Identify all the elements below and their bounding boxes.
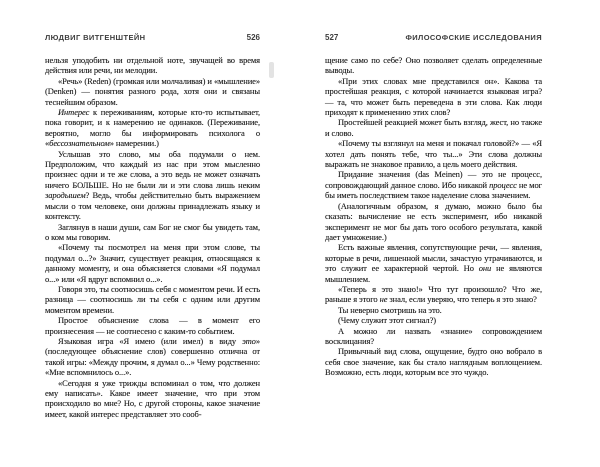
paragraph: щение само по себе? Оно позволяет сделат…	[325, 55, 542, 76]
left-page: ЛЮДВИГ ВИТГЕНШТЕЙН 526 нельзя уподобить …	[45, 33, 260, 419]
left-header-title: ЛЮДВИГ ВИТГЕНШТЕЙН	[45, 33, 145, 42]
paragraph: Придание значения (das Meinen) — это не …	[325, 169, 542, 200]
paragraph: Заглянув в наши души, сам Бог не смог бы…	[45, 222, 260, 243]
paragraph: «Почему ты посмотрел на меня при этом сл…	[45, 242, 260, 284]
paragraph: «Сегодня я уже трижды вспоминал о том, ч…	[45, 378, 260, 420]
paragraph: «Речь» (Reden) (громкая или молчаливая) …	[45, 76, 260, 107]
paragraph: Есть важные явления, сопутствующие речи,…	[325, 242, 542, 284]
right-body-text: щение само по себе? Оно позволяет сделат…	[325, 55, 542, 378]
paragraph: (Чему служит этот сигнал?)	[325, 315, 542, 325]
left-page-number: 526	[247, 33, 260, 42]
paragraph: (Аналогичным образом, я думаю, можно был…	[325, 201, 542, 243]
paragraph: Языковая игра «Я имею (или имел) в виду …	[45, 336, 260, 378]
right-page: 527 ФИЛОСОФСКИЕ ИССЛЕДОВАНИЯ щение само …	[325, 33, 542, 378]
book-spread: ЛЮДВИГ ВИТГЕНШТЕЙН 526 нельзя уподобить …	[0, 0, 600, 467]
paragraph: Говоря это, ты соотносишь себя с моменто…	[45, 284, 260, 315]
right-header-title: ФИЛОСОФСКИЕ ИССЛЕДОВАНИЯ	[405, 33, 542, 42]
paragraph: «При этих словах мне представился он». К…	[325, 76, 542, 118]
paragraph: А можно ли назвать «знание» сопровождени…	[325, 326, 542, 347]
paragraph: «Почему ты взглянул на меня и покачал го…	[325, 138, 542, 169]
scan-artifact	[269, 62, 274, 78]
paragraph: нельзя уподобить ни отдельной ноте, звуч…	[45, 55, 260, 76]
paragraph: Привычный вид слова, ощущение, будто оно…	[325, 346, 542, 377]
paragraph: Услышав это слово, мы оба подумали о нем…	[45, 149, 260, 222]
paragraph: Простое объяснение слова — в момент его …	[45, 315, 260, 336]
left-running-header: ЛЮДВИГ ВИТГЕНШТЕЙН 526	[45, 33, 260, 43]
paragraph: Ты неверно смотришь на это.	[325, 305, 542, 315]
right-page-number: 527	[325, 33, 338, 42]
left-body-text: нельзя уподобить ни отдельной ноте, звуч…	[45, 55, 260, 419]
right-running-header: 527 ФИЛОСОФСКИЕ ИССЛЕДОВАНИЯ	[325, 33, 542, 43]
paragraph: «Теперь я это знаю!» Что тут произошло? …	[325, 284, 542, 305]
paragraph: Интерес к переживаниям, которые кто-то и…	[45, 107, 260, 149]
paragraph: Простейшей реакцией может быть взгляд, ж…	[325, 117, 542, 138]
